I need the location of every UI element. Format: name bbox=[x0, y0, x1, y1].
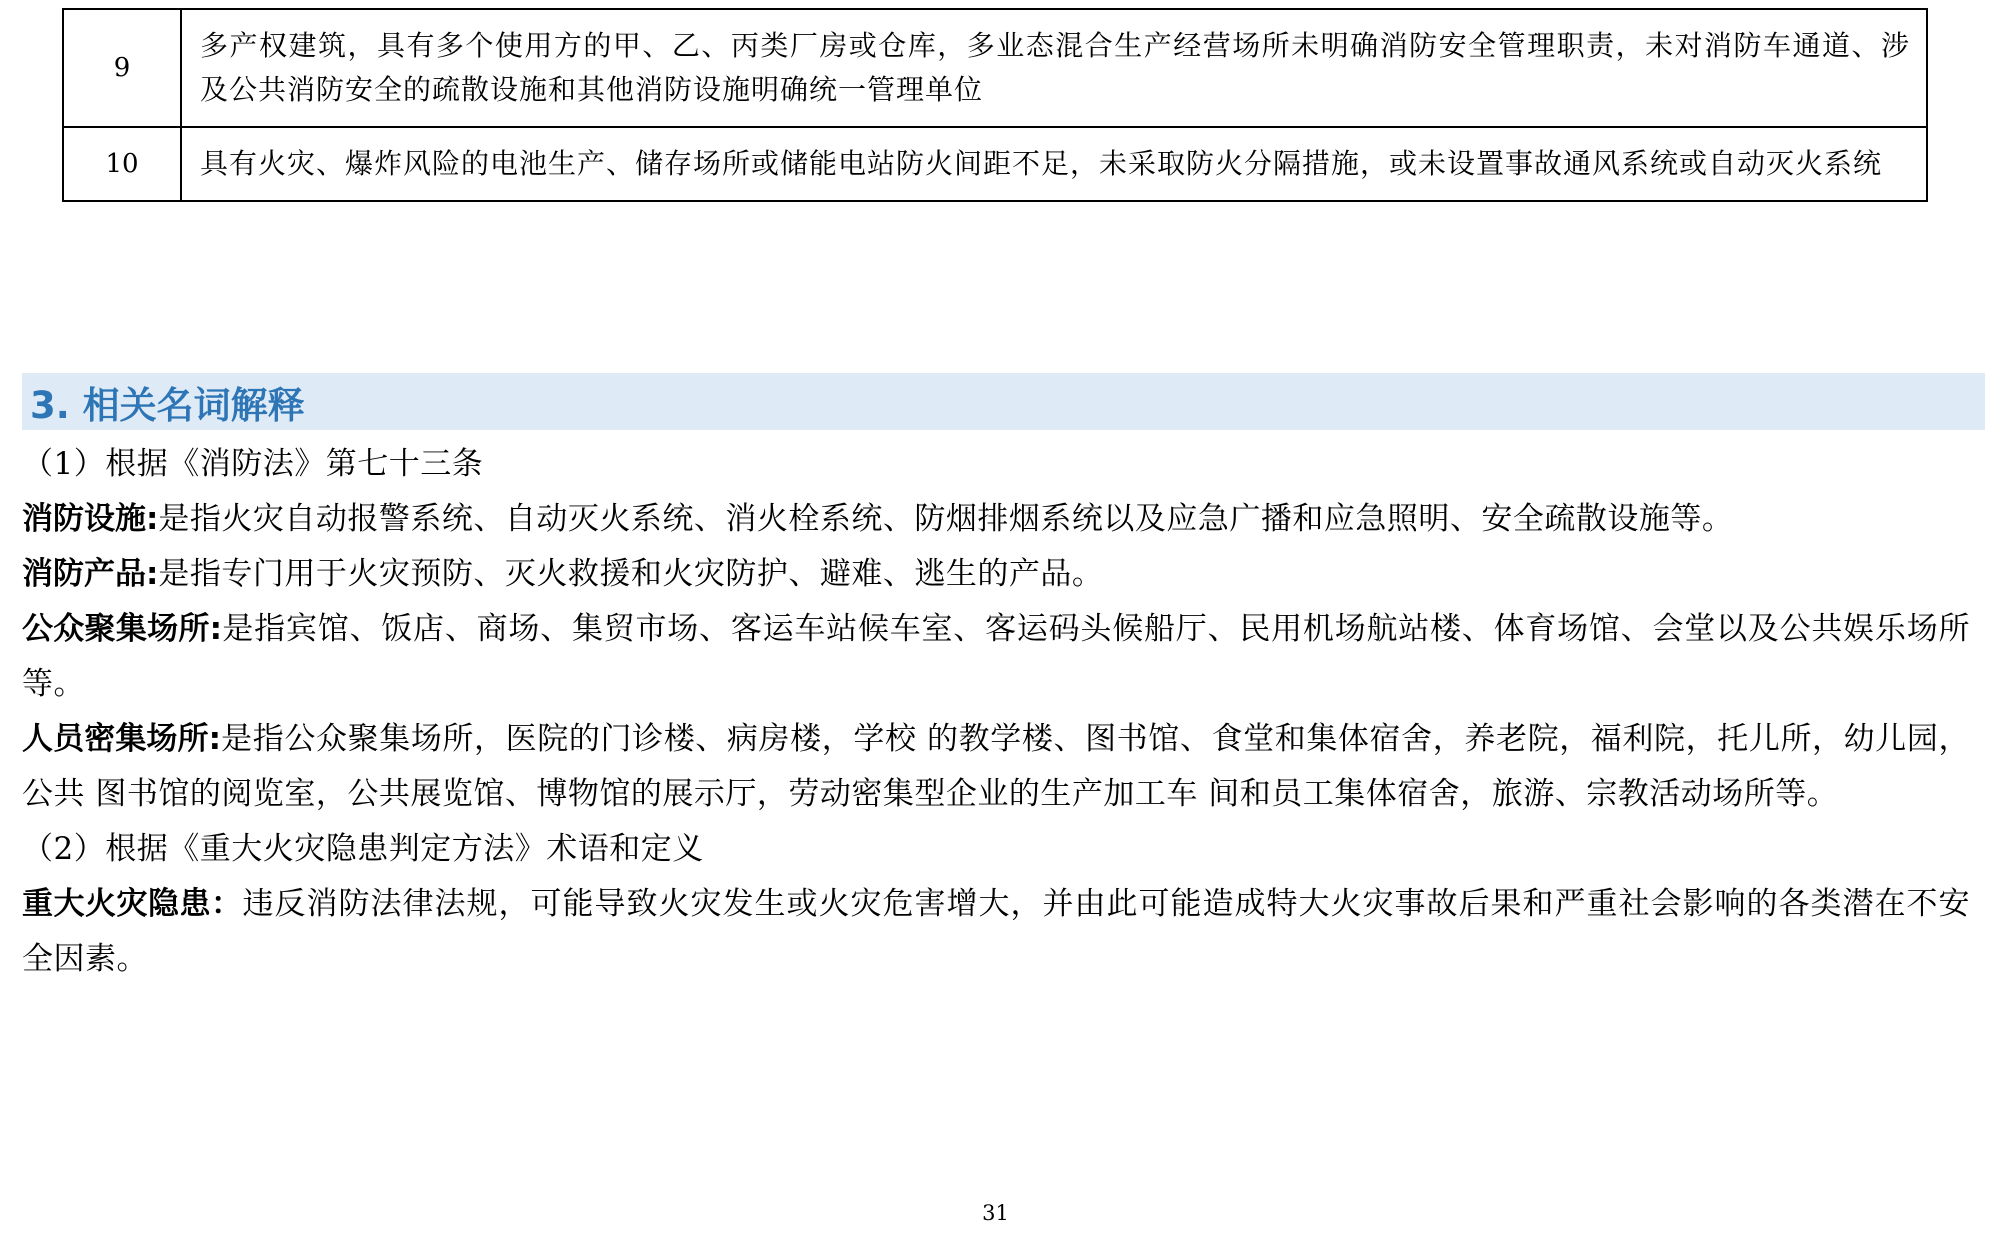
row-criteria-text: 具有火灾、爆炸风险的电池生产、储存场所或储能电站防火间距不足，未采取防火分隔措施… bbox=[181, 127, 1927, 201]
paragraph-law-reference-2: （2）根据《重大火灾隐患判定方法》术语和定义 bbox=[22, 822, 1970, 877]
row-number: 10 bbox=[63, 127, 181, 201]
paragraph-text: 违反消防法律法规，可能导致火灾发生或火灾危害增大，并由此可能造成特大火灾事故后果… bbox=[22, 886, 1970, 977]
term-lead: 重大火灾隐患： bbox=[22, 886, 243, 922]
paragraph-fire-facilities: 消防设施:是指火灾自动报警系统、自动灭火系统、消火栓系统、防烟排烟系统以及应急广… bbox=[22, 492, 1970, 547]
definitions-body: （1）根据《消防法》第七十三条 消防设施:是指火灾自动报警系统、自动灭火系统、消… bbox=[22, 437, 1970, 987]
term-lead: 公众聚集场所: bbox=[22, 611, 222, 647]
paragraph-public-gathering-places: 公众聚集场所:是指宾馆、饭店、商场、集贸市场、客运车站候车室、客运码头候船厅、民… bbox=[22, 602, 1970, 712]
paragraph-text: 是指火灾自动报警系统、自动灭火系统、消火栓系统、防烟排烟系统以及应急广播和应急照… bbox=[158, 501, 1733, 537]
paragraph-text: （2）根据《重大火灾隐患判定方法》术语和定义 bbox=[22, 831, 704, 867]
section-title: 3. 相关名词解释 bbox=[30, 375, 305, 429]
table-row: 9 多产权建筑，具有多个使用方的甲、乙、丙类厂房或仓库，多业态混合生产经营场所未… bbox=[63, 9, 1927, 127]
table-row: 10 具有火灾、爆炸风险的电池生产、储存场所或储能电站防火间距不足，未采取防火分… bbox=[63, 127, 1927, 201]
section-heading-band: 3. 相关名词解释 bbox=[22, 373, 1985, 430]
term-lead: 人员密集场所: bbox=[22, 721, 221, 757]
term-lead: 消防产品: bbox=[22, 556, 158, 592]
hazard-criteria-table: 9 多产权建筑，具有多个使用方的甲、乙、丙类厂房或仓库，多业态混合生产经营场所未… bbox=[62, 8, 1928, 202]
paragraph-text: 是指公众聚集场所，医院的门诊楼、病房楼，学校 的教学楼、图书馆、食堂和集体宿舍，… bbox=[22, 721, 1970, 812]
paragraph-text: （1）根据《消防法》第七十三条 bbox=[22, 446, 483, 482]
paragraph-crowded-places: 人员密集场所:是指公众聚集场所，医院的门诊楼、病房楼，学校 的教学楼、图书馆、食… bbox=[22, 712, 1970, 822]
paragraph-law-reference-1: （1）根据《消防法》第七十三条 bbox=[22, 437, 1970, 492]
paragraph-text: 是指专门用于火灾预防、灭火救援和火灾防护、避难、逃生的产品。 bbox=[158, 556, 1103, 592]
paragraph-major-fire-hazard: 重大火灾隐患：违反消防法律法规，可能导致火灾发生或火灾危害增大，并由此可能造成特… bbox=[22, 877, 1970, 987]
row-number: 9 bbox=[63, 9, 181, 127]
paragraph-text: 是指宾馆、饭店、商场、集贸市场、客运车站候车室、客运码头候船厅、民用机场航站楼、… bbox=[22, 611, 1970, 702]
paragraph-fire-products: 消防产品:是指专门用于火灾预防、灭火救援和火灾防护、避难、逃生的产品。 bbox=[22, 547, 1970, 602]
term-lead: 消防设施: bbox=[22, 501, 158, 537]
page-number: 31 bbox=[0, 1201, 1991, 1225]
row-criteria-text: 多产权建筑，具有多个使用方的甲、乙、丙类厂房或仓库，多业态混合生产经营场所未明确… bbox=[181, 9, 1927, 127]
